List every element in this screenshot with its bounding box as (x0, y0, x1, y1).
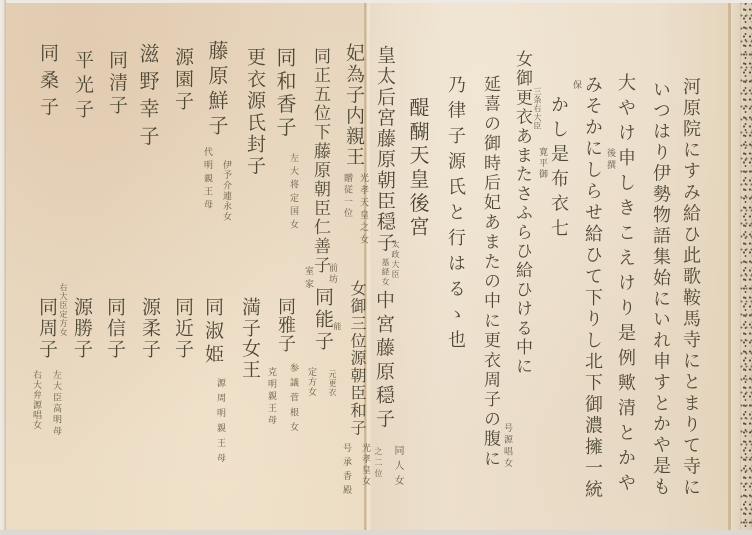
text-column-empress: 中宮藤原穏子 (374, 290, 393, 432)
annotation: 三条右大臣 (533, 87, 541, 130)
consort-name: 同桑子 (38, 43, 57, 123)
consort-name: 源園子 (173, 47, 192, 113)
consort-name: 更衣源氏封子 (245, 47, 264, 177)
annotation: 前坊 (327, 263, 336, 285)
text-column: 延喜の御時后妃あまたの中に更衣周子の腹に (481, 75, 498, 469)
annotation: 室家 (303, 266, 312, 292)
consort-name: 藤原鮮子 (207, 40, 227, 140)
annotation: 伊予介連永女 (221, 160, 230, 222)
book-stack-edge (740, 3, 752, 530)
annotation: 参議菅根女 (288, 363, 297, 437)
text-column: みそかにしらせ給ひて下りし北下御濃擁一統 (583, 75, 601, 501)
consort-name: 同近子 (173, 297, 192, 360)
section-heading: 醍醐天皇後宮 (408, 97, 428, 240)
annotation: 元更衣 (328, 370, 336, 397)
annotation: 右大臣定方女 (59, 283, 67, 337)
consort-name: 滋野幸子 (138, 43, 158, 153)
page-edge (731, 3, 740, 530)
text-column: 乃律子源氏と行はるゝ也 (446, 75, 464, 356)
annotation: 光孝天皇之女 (358, 173, 367, 247)
consort-name: 同和香子 (275, 47, 295, 140)
annotation: 号承香殿 (341, 443, 350, 499)
annotation: 同人女 (392, 445, 402, 490)
annotation: 克明親王母 (266, 367, 275, 427)
annotation: 光孝皇女 (360, 443, 369, 487)
consort-name: 満子女王 (240, 297, 259, 380)
right-page (371, 3, 728, 530)
annotation: 源周明親王母 (215, 378, 224, 468)
background-bottom-strip (0, 530, 752, 535)
annotation: 後撰 (605, 148, 614, 172)
annotation: 左大将定国女 (288, 153, 297, 233)
consort-name: 同正五位下藤原朝臣仁善子 (311, 47, 328, 275)
text-column: 女御更衣あまたさふらひ給ひける中に (513, 50, 530, 376)
annotation: 贈従一位 (342, 173, 351, 220)
annotation: 基経女 (381, 258, 389, 287)
text-column: かし是布衣七 (549, 95, 567, 243)
consort-name: 平光子 (73, 50, 92, 123)
annotation: 能 (333, 322, 341, 330)
text-column: 大やけ申しきこえけり是例歟清とかや (616, 73, 634, 498)
consort-name: 源勝子 (72, 297, 91, 360)
annotation: 号源唱女 (502, 423, 511, 470)
consort-name: 同雅子 (276, 297, 294, 353)
consort-name: 同清子 (107, 50, 126, 117)
annotation: 太政大臣 (391, 240, 399, 280)
consort-name: 同能子 (313, 287, 332, 353)
annotation: 寛平御 (537, 147, 546, 180)
consort-name: 同周子 (37, 297, 56, 360)
consort-name: 源柔子 (140, 297, 159, 360)
consort-name: 同信子 (105, 297, 124, 360)
text-column-empress-dowager: 皇太后宮藤原朝臣穏子 (375, 45, 394, 253)
text-column: いつはり伊勢物語集始にいれ申すとかや是も (651, 80, 669, 498)
consort-name: 同淑姫 (203, 297, 222, 367)
annotation: 之二位 (374, 447, 382, 480)
annotation: 代明親王母 (202, 147, 211, 213)
annotation: 定方女 (306, 367, 315, 397)
text-column: 河原院にすみ給ひ此歌鞍馬寺にとまりて寺に (681, 77, 699, 499)
consort-name: 妃為子内親王 (344, 43, 363, 167)
consort-name: 女御三位源朝臣和子 (349, 280, 365, 437)
annotation: 右大弁源唱女 (31, 370, 40, 430)
annotation: 左大臣高明母 (51, 370, 60, 437)
annotation: 保 (571, 80, 580, 89)
